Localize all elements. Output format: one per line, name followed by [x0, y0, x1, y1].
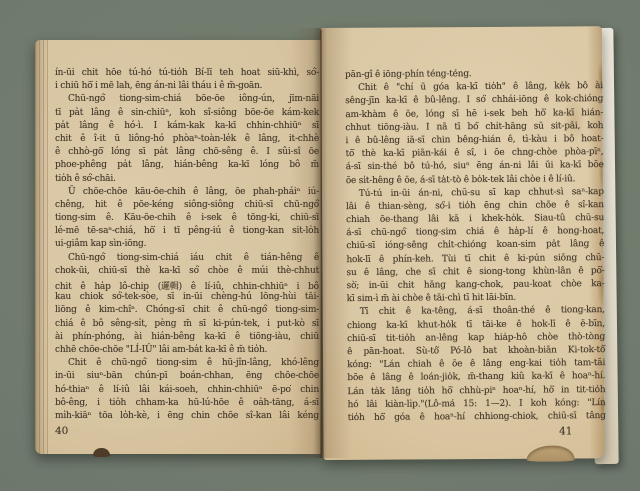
left-page-text: ín-ūichithōetú-hótú-tio̍hBí-lītehhoatsiū…: [55, 68, 319, 424]
text-line: bô-êng,itio̍hchham-kahū-lú-hōeêoa̍h-tāng…: [55, 398, 319, 411]
page-number-left: 40: [55, 425, 68, 437]
text-line: liōngêkim-chîⁿ.Chóng-sīchitêchū-ngó͘tion…: [55, 305, 319, 318]
text-line: ichiūhō͘imēlah,ēngán-nilâitháuiêm̄-goān.: [55, 81, 319, 94]
page-chip: [93, 448, 110, 457]
text-line: àiphín-phóng,àihián-bêngka-kīêtiōng-iàu,…: [55, 332, 319, 345]
text-line: phoe-phêngpa̍tlâng,hián-bêngka-kīlóngbôm…: [55, 160, 319, 173]
text-line: chhēchōe-chōe"LÍ-IÛ"lâiam-ba̍tka-kīêm̄ti…: [55, 345, 319, 358]
left-page: ín-ūichithōetú-hótú-tio̍hBí-lītehhoatsiū…: [35, 40, 321, 454]
text-line: chêng,hitêpōe-kéngsiông-siôngchiū-sīchū-…: [55, 200, 319, 213]
text-line: tio̍hêsó͘-chāi.: [55, 174, 319, 187]
text-line: tīpa̍tlângêsin-chiūⁿ,kohsî-siôngbōe-ōeká…: [55, 108, 319, 121]
text-line: pa̍tlângêhó-ì.Ikám-kakka-kīchhin-chhiūⁿs…: [55, 121, 319, 134]
text-line: kauchioksó͘-tek-sòe,sīin-ūichèng-húlōng-…: [55, 292, 319, 305]
text-line: chok-ūi,chiū-sīthèka-kīsó͘chòeêmúithè-ch…: [55, 266, 319, 279]
text-line: chiáêbôsêng-si̍t,pèngm̄sīki-pún-tek,iput…: [55, 319, 319, 332]
sheet-edges-left: [35, 40, 48, 454]
text-line: Chū-ngó͘tiong-sim-chiáiáuchitêtián-hêngê: [55, 253, 319, 266]
right-page: pān-gîêiōng-phínténg-téng.Chitê"chíūgóak…: [321, 26, 605, 460]
text-line: êchhò-gō͘lóngsīpa̍tlângchō-sêngê.Isûi-sî…: [55, 147, 319, 160]
text-line: ín-ūichithōetú-hótú-tio̍hBí-lītehhoatsiū…: [55, 68, 319, 81]
text-line: hó-thiaⁿêlí-iûlâikái-soeh,chhin-chhiūⁿē-…: [55, 385, 319, 398]
text-line: in-ūisiuⁿ-bānchún-pīboán-chhan,ēngchōe-c…: [55, 371, 319, 384]
photo-background: ín-ūichithōetú-hótú-tio̍hBí-lītehhoatsiū…: [0, 0, 640, 491]
text-line: Ūchōe-chōekāu-ōe-chihêlâng,ōephah-pháiⁿi…: [55, 187, 319, 200]
text-line: lé-mētē-saⁿ-chiá,hō͘itīpêng-iúêtiong-kan…: [55, 226, 319, 239]
text-line: chitêî-itūliông-hóphòaⁿ-toàn-le̍kêlâng,i…: [55, 134, 319, 147]
text-line: tio̍hhō͘góaêhoaⁿ-híchhiong-chiok,chiū-sī…: [348, 411, 606, 426]
right-page-text: pān-gîêiōng-phínténg-téng.Chitê"chíūgóak…: [345, 68, 606, 426]
text-line: ui-giâmkapsìn-iōng.: [55, 239, 319, 252]
text-line: Chitêchū-ngó͘tiong-simêhū-jîn-lâng,khó-l…: [55, 358, 319, 371]
page-number-right: 41: [559, 425, 572, 437]
text-line: tiong-simê.Kāu-ōe-chihêi-sekêtōng-ki,chi…: [55, 213, 319, 226]
text-line: Chū-ngó͘tiong-sim-chiábōe-ōeiông-ún,jīm-…: [55, 94, 319, 107]
torn-corner: [527, 445, 575, 461]
text-line: chitêha̍plô-chip(邏輯)êlí-iû,chhin-chhiūⁿi…: [55, 279, 319, 292]
open-book: ín-ūichithōetú-hótú-tio̍hBí-lītehhoatsiū…: [34, 24, 614, 468]
text-line: mi̍h-kiāⁿtōalo̍h-kè,iēngchinchōesî-kanlâ…: [55, 411, 319, 424]
